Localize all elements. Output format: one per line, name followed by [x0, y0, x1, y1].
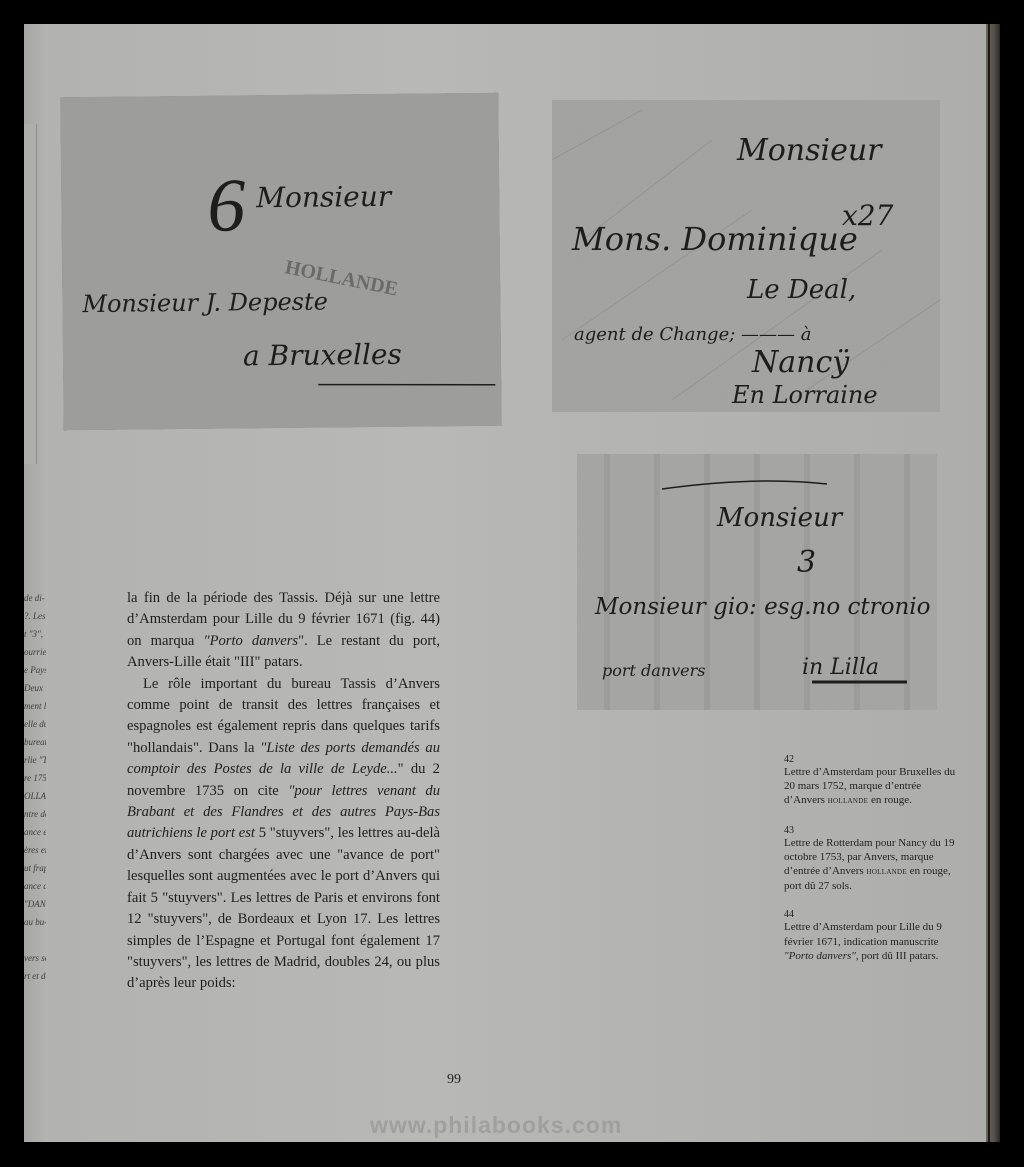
svg-text:Nancÿ: Nancÿ — [751, 345, 850, 380]
previous-page-text-line: ourrier — [24, 643, 46, 661]
previous-page-text-line — [24, 931, 46, 949]
svg-text:Mons. Dominique: Mons. Dominique — [571, 220, 858, 258]
svg-text:Monsieur: Monsieur — [255, 180, 393, 214]
previous-page-photo-fragment — [24, 124, 37, 464]
figure-44-letter-image: Monsieur 3 Monsieur gio: esg.no ctronio … — [577, 454, 937, 710]
previous-page-text-line: OLLANDE, — [24, 787, 46, 805]
svg-text:in Lilla: in Lilla — [802, 655, 879, 680]
figure-captions: 42 Lettre d’Amsterdam pour Bruxelles du … — [784, 754, 964, 979]
caption-text: Lettre d’Amsterdam pour Lille du 9 févri… — [784, 921, 942, 947]
previous-page-text-line: e Pays- — [24, 661, 46, 679]
previous-page-text-line: "DANC — [24, 895, 46, 913]
previous-page-text-line: t "3", — [24, 625, 46, 643]
watermark: www.philabooks.com — [370, 1112, 622, 1139]
text-segment-italic: "Porto danvers — [203, 633, 298, 649]
handwriting-illustration: Monsieur Mons. Dominique x27 Le Deal, ag… — [552, 100, 940, 412]
paragraph-1: la fin de la période des Tassis. Déjà su… — [127, 588, 440, 674]
svg-text:6: 6 — [207, 163, 246, 247]
caption-42: 42 Lettre d’Amsterdam pour Bruxelles du … — [784, 754, 964, 809]
page-number: 99 — [447, 1072, 461, 1088]
caption-43: 43 Lettre de Rotterdam pour Nancy du 19 … — [784, 825, 964, 894]
caption-number: 43 — [784, 825, 964, 836]
previous-page-text-line: rt et de — [24, 967, 46, 985]
body-text: la fin de la période des Tassis. Déjà su… — [127, 588, 440, 995]
svg-text:agent de Change; ——— à: agent de Change; ——— à — [574, 324, 811, 345]
caption-italic: "Porto danvers" — [784, 950, 856, 962]
caption-small-caps: hollande — [828, 795, 869, 806]
previous-page-text-line: bureau — [24, 733, 46, 751]
caption-number: 42 — [784, 754, 964, 765]
previous-page-text-fragments: de di-?. Lest "3",ourriere Pays-Deuxment… — [24, 589, 46, 985]
svg-text:Monsieur J. Depeste: Monsieur J. Depeste — [81, 288, 328, 319]
handwriting-illustration: Monsieur 3 Monsieur gio: esg.no ctronio … — [577, 454, 937, 710]
previous-page-text-line: re 175 — [24, 769, 46, 787]
previous-page-text-line: ment la — [24, 697, 46, 715]
caption-44: 44 Lettre d’Amsterdam pour Lille du 9 fé… — [784, 909, 964, 963]
previous-page-text-line: Deux — [24, 679, 46, 697]
caption-text: en rouge. — [868, 794, 912, 806]
svg-text:3: 3 — [797, 545, 816, 580]
previous-page-text-line: ?. Les — [24, 607, 46, 625]
previous-page-edge: de di-?. Lest "3",ourriere Pays-Deuxment… — [24, 24, 48, 1142]
caption-text: , port dû III patars. — [856, 950, 938, 962]
svg-text:Monsieur: Monsieur — [716, 503, 844, 533]
previous-page-text-line: rlie "Ti — [24, 751, 46, 769]
svg-text:Monsieur gio: esg.no ctronio: Monsieur gio: esg.no ctronio — [594, 594, 931, 620]
svg-text:En Lorraine: En Lorraine — [731, 381, 878, 409]
previous-page-text-line: ance est — [24, 823, 46, 841]
previous-page-text-line: de di- — [24, 589, 46, 607]
previous-page-text-line: au bu- — [24, 913, 46, 931]
caption-small-caps: hollande — [866, 866, 907, 877]
paragraph-2: Le rôle important du bureau Tassis d’Anv… — [127, 674, 440, 995]
handwriting-illustration: 6 Monsieur Monsieur J. Depeste a Bruxell… — [60, 93, 501, 431]
text-segment: 5 "stuyvers", les lettres au-delà d’Anve… — [127, 825, 440, 991]
caption-number: 44 — [784, 909, 964, 920]
previous-page-text-line: ntre de — [24, 805, 46, 823]
svg-text:x27: x27 — [842, 199, 894, 232]
svg-text:Monsieur: Monsieur — [736, 133, 883, 168]
previous-page-text-line: vers se — [24, 949, 46, 967]
previous-page-text-line: ance des — [24, 877, 46, 895]
figure-43-letter-image: Monsieur Mons. Dominique x27 Le Deal, ag… — [552, 100, 940, 412]
book-spine-edge — [986, 24, 1000, 1142]
previous-page-text-line: ères en — [24, 841, 46, 859]
svg-text:port danvers: port danvers — [602, 661, 706, 680]
svg-text:Le Deal,: Le Deal, — [746, 275, 856, 305]
figure-42-letter-image: 6 Monsieur Monsieur J. Depeste a Bruxell… — [60, 93, 501, 431]
svg-text:a Bruxelles: a Bruxelles — [243, 338, 402, 373]
previous-page-text-line: elle du — [24, 715, 46, 733]
previous-page-text-line: ut frap- — [24, 859, 46, 877]
